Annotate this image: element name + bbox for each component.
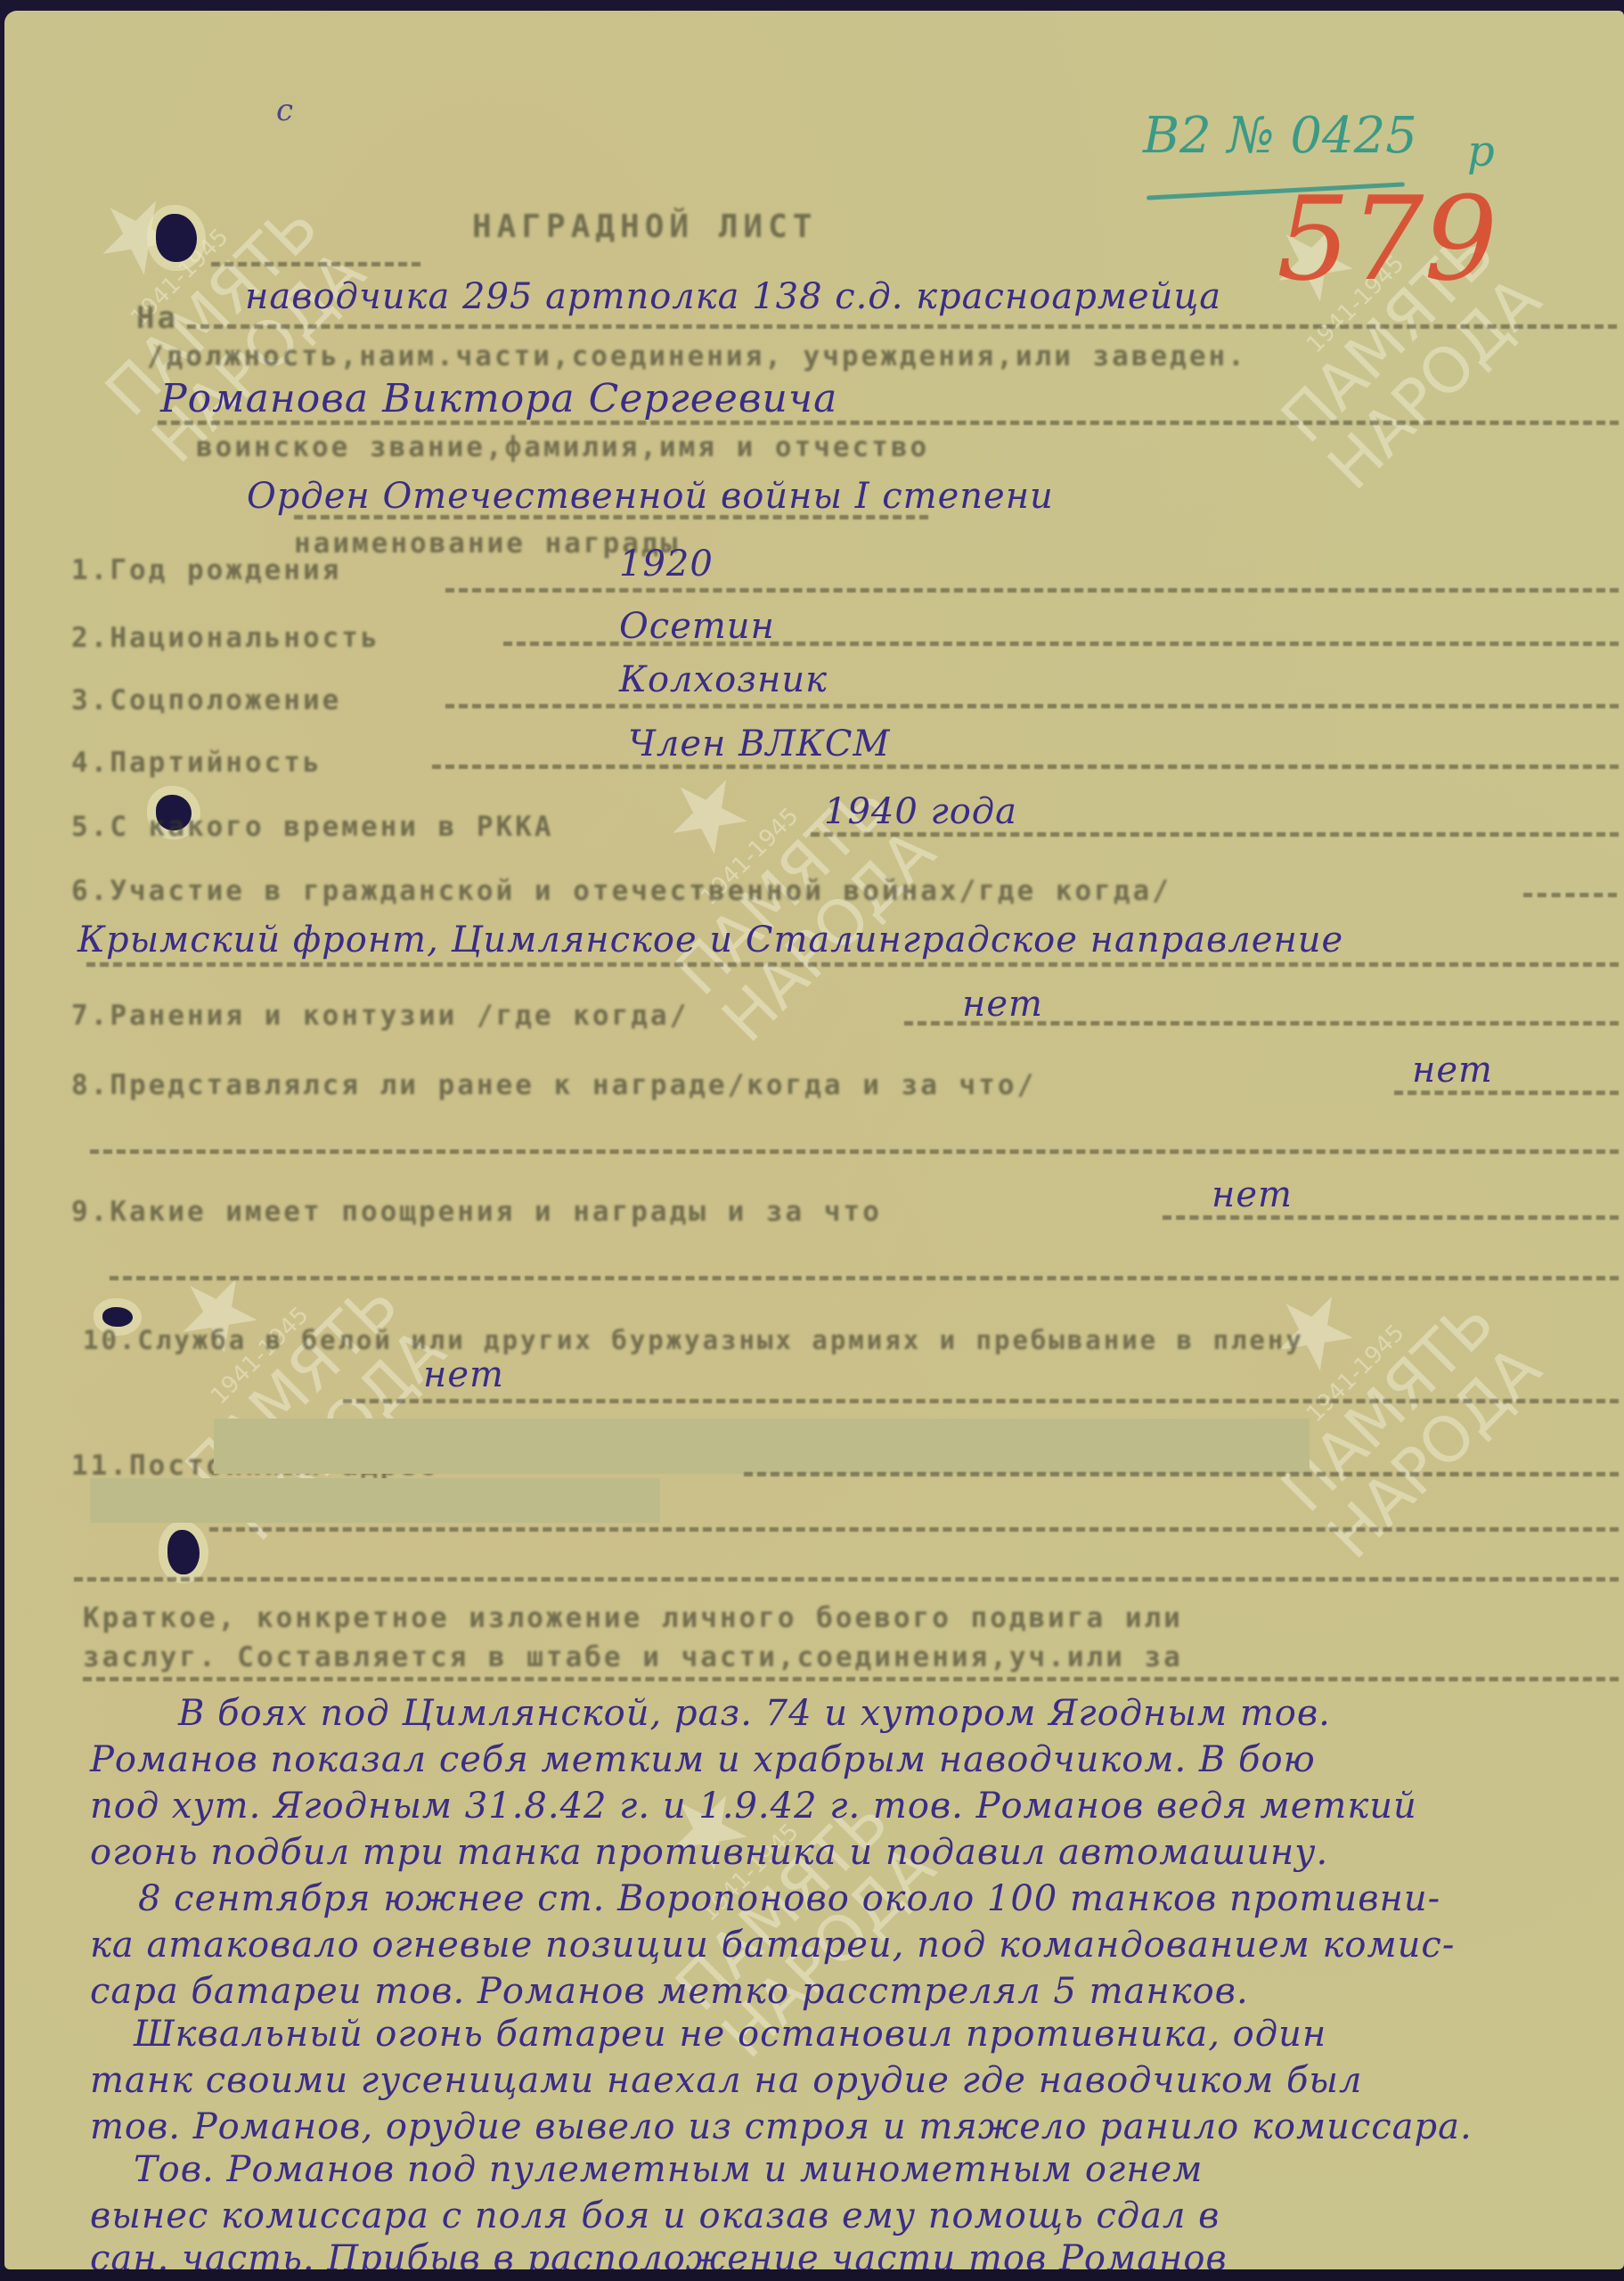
narrative-line: Шквальный огонь батареи не остановил про… [134,2014,1326,2055]
field-value: нет [1212,1174,1293,1215]
narrative-line: 8 сентября южнее ст. Воропоново около 10… [138,1878,1440,1919]
feat-caption-underline [83,1677,1619,1681]
field-line [209,1527,1619,1532]
field-value: Крымский фронт, Цимлянское и Сталинградс… [78,920,1343,961]
narrative-line: В боях под Цимлянской, раз. 74 и хутором… [178,1693,1331,1734]
field-value: нет [423,1354,504,1395]
margin-mark: с [276,93,294,128]
field-label: 6.Участие в гражданской и отечественной … [71,875,1171,907]
position-handwritten: наводчика 295 артполка 138 с.д. красноар… [245,276,1221,317]
field-label: 8.Представлялся ли ранее к награде/когда… [71,1069,1036,1101]
field-line [90,1149,1619,1154]
archive-code-suffix: р [1467,127,1495,176]
field-line [445,704,1619,708]
field-value: нет [1412,1050,1493,1091]
position-caption: /должность,наим.части,соединения, учрежд… [147,340,1247,372]
narrative-line: вынес комиссара с поля боя и оказав ему … [90,2195,1220,2236]
field-value: Колхозник [619,659,828,700]
field-label: 7.Ранения и контузии /где когда/ [71,1000,689,1032]
narrative-line: огонь подбил три танка противника и пода… [90,1832,1328,1873]
field-value: 1920 [619,544,714,585]
to-prefix: На [136,300,178,336]
field-line [343,1399,1619,1403]
page-title: НАГРАДНОЙ ЛИСТ [472,208,817,245]
award-sheet-page: ★ 1941-1945 ПАМЯТЬ НАРОДА ★ 1941-1945 ПА… [4,11,1624,2269]
award-line [294,515,928,519]
narrative-line: под хут. Ягодным 31.8.42 г. и 1.9.42 г. … [90,1786,1417,1827]
field-line [1163,1215,1619,1220]
field-label: 9.Какие имеет поощрения и награды и за ч… [71,1196,882,1228]
field-value: Член ВЛКСМ [628,724,890,764]
redaction-block [214,1418,1310,1474]
narrative-line: ка атаковало огневые позиции батареи, по… [90,1925,1455,1966]
red-pencil-number: 579 [1277,171,1498,307]
title-underline [211,262,420,266]
field-line [503,642,1619,646]
field-line [432,764,1619,769]
punch-hole [167,1530,200,1574]
field-line [744,1472,1619,1476]
field-line [904,1021,1619,1026]
feat-caption-line2: заслуг. Составляется в штабе и части,сое… [83,1641,1183,1673]
watermark: ★ 1941-1945 ПАМЯТЬ НАРОДА [1183,1201,1553,1571]
field-label: 2.Национальность [71,622,380,654]
narrative-line: танк своими гусеницами наехал на орудие … [90,2060,1362,2101]
field-line [74,1577,1619,1582]
field-line [811,832,1619,837]
punch-hole [156,214,197,262]
narrative-line: сан. часть. Прибыв в расположение части … [90,2238,1228,2269]
name-line [158,421,1619,425]
name-caption: воинское звание,фамилия,имя и отчество [196,431,929,463]
field-line [1394,1091,1619,1095]
position-line [187,324,1617,329]
archive-code: В2 № 0425 [1143,107,1417,165]
narrative-line: тов. Романов, орудие вывело из строя и т… [90,2106,1473,2147]
recipient-name: Романова Виктора Сергеевича [160,376,837,421]
scan-edge [0,2269,1624,2281]
narrative-line: Романов показал себя метким и храбрым на… [90,1739,1316,1780]
field-line [445,588,1619,593]
field-value: нет [962,984,1043,1025]
feat-caption-line1: Краткое, конкретное изложение личного бо… [83,1602,1183,1634]
field-line [1523,893,1617,897]
field-value: 1940 года [824,791,1017,832]
award-name: Орден Отечественной войны I степени [247,476,1054,517]
redaction-block [90,1478,660,1523]
narrative-line: Тов. Романов под пулеметным и минометным… [134,2149,1203,2190]
field-label: 1.Год рождения [71,554,341,586]
field-label: 5.С какого времени в РККА [71,811,554,843]
field-label: 3.Соцположение [71,684,341,716]
field-line [110,1276,1619,1280]
narrative-line: сара батареи тов. Романов метко расстрел… [90,1971,1249,2012]
punch-hole [102,1307,133,1327]
field-line [86,962,1619,967]
field-label: 4.Партийность [71,747,322,779]
field-label: 10.Служба в белой или других буржуазных … [83,1325,1304,1355]
